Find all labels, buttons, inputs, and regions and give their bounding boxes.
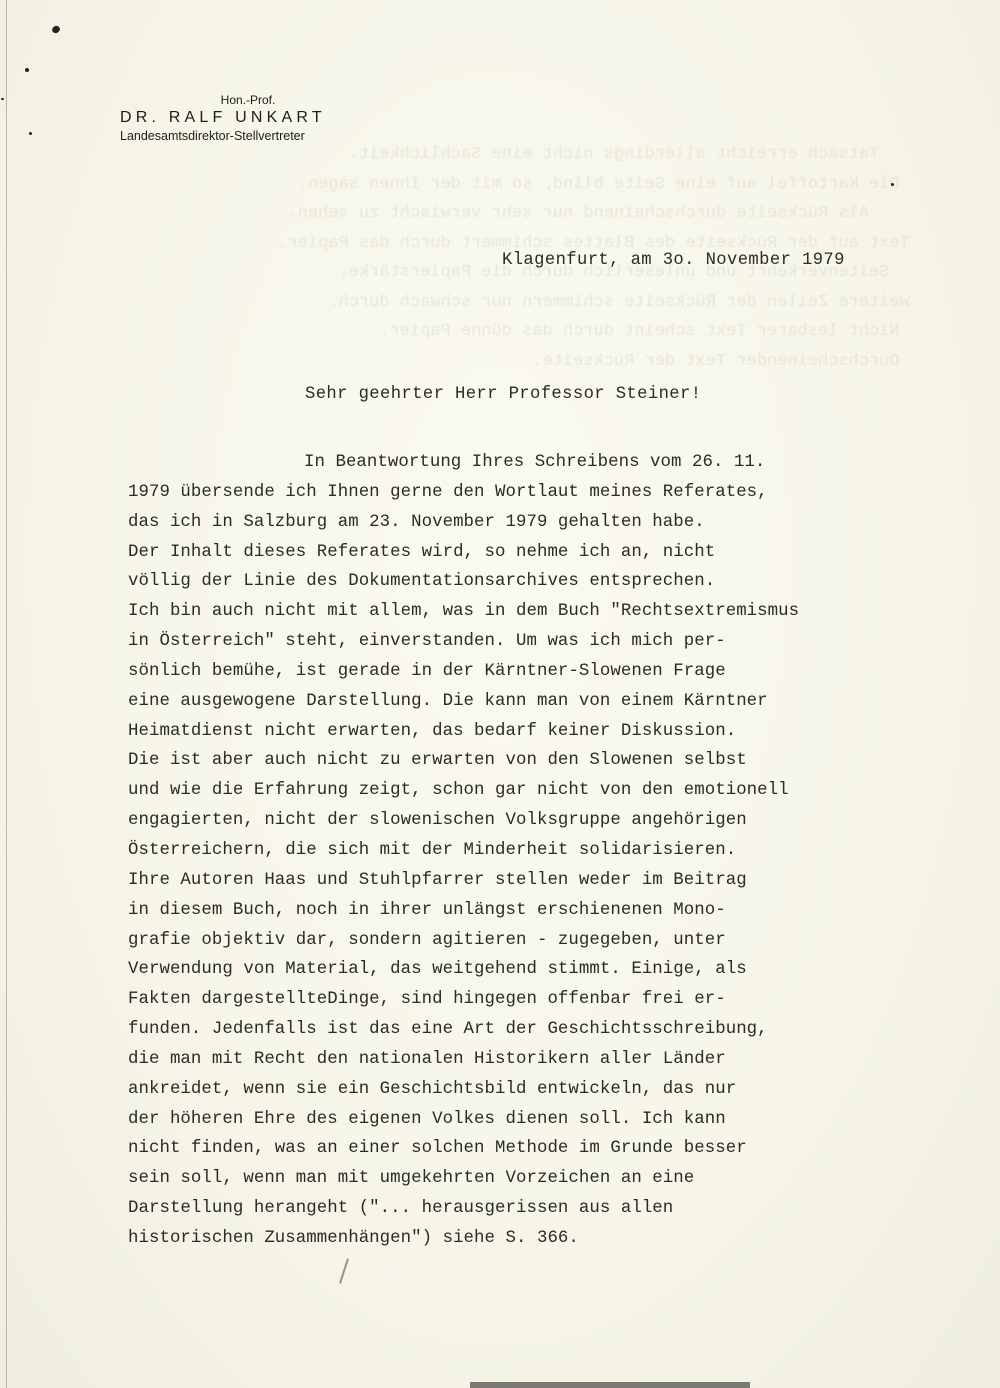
body-line: nicht finden, was an einer solchen Metho… — [128, 1134, 948, 1164]
body-line: Die ist aber auch nicht zu erwarten von … — [128, 746, 948, 776]
body-line: Heimatdienst nicht erwarten, das bedarf … — [128, 717, 948, 747]
body-line: das ich in Salzburg am 23. November 1979… — [128, 508, 948, 538]
scan-shadow — [470, 1382, 750, 1388]
body-line: engagierten, nicht der slowenischen Volk… — [128, 806, 948, 836]
salutation: Sehr geehrter Herr Professor Steiner! — [305, 385, 701, 404]
body-line: die man mit Recht den nationalen Histori… — [128, 1045, 948, 1075]
letterhead: Hon.-Prof. DR. RALF UNKART Landesamtsdir… — [120, 93, 380, 145]
body-line: sein soll, wenn man mit umgekehrten Vorz… — [128, 1164, 948, 1194]
body-line: und wie die Erfahrung zeigt, schon gar n… — [128, 776, 948, 806]
letterhead-name: DR. RALF UNKART — [120, 108, 380, 128]
scan-speck — [1, 98, 4, 100]
body-line: eine ausgewogene Darstellung. Die kann m… — [128, 687, 948, 717]
body-line: Darstellung herangeht ("... herausgeriss… — [128, 1194, 948, 1224]
body-line: völlig der Linie des Dokumentationsarchi… — [128, 567, 948, 597]
letterhead-title-prefix: Hon.-Prof. — [116, 93, 380, 108]
body-line: Ihre Autoren Haas und Stuhlpfarrer stell… — [128, 866, 948, 896]
letter-body: In Beantwortung Ihres Schreibens vom 26.… — [128, 448, 948, 1254]
pen-mark — [339, 1258, 348, 1283]
body-line: Ich bin auch nicht mit allem, was in dem… — [128, 597, 948, 627]
body-line: Der Inhalt dieses Referates wird, so neh… — [128, 538, 948, 568]
body-line: grafie objektiv dar, sondern agitieren -… — [128, 926, 948, 956]
letterhead-role: Landesamtsdirektor-Stellvertreter — [120, 128, 380, 145]
body-line: in Österreich" steht, einverstanden. Um … — [128, 627, 948, 657]
scan-speck — [51, 24, 61, 34]
scan-edge-line — [6, 0, 7, 1388]
place-date: Klagenfurt, am 3o. November 1979 — [502, 251, 845, 270]
body-line: Österreichern, die sich mit der Minderhe… — [128, 836, 948, 866]
scan-speck — [29, 132, 32, 135]
body-line: Fakten dargestellteDinge, sind hingegen … — [128, 985, 948, 1015]
body-line: ankreidet, wenn sie ein Geschichtsbild e… — [128, 1075, 948, 1105]
body-line: historischen Zusammenhängen") siehe S. 3… — [128, 1224, 948, 1254]
body-line: 1979 übersende ich Ihnen gerne den Wortl… — [128, 478, 948, 508]
body-line: sönlich bemühe, ist gerade in der Kärntn… — [128, 657, 948, 687]
letter-page: Tatsäch erreicht allerdings nicht eine S… — [0, 0, 1000, 1388]
body-line: in diesem Buch, noch in ihrer unlängst e… — [128, 896, 948, 926]
body-line: der höheren Ehre des eigenen Volkes dien… — [128, 1105, 948, 1135]
body-line: funden. Jedenfalls ist das eine Art der … — [128, 1015, 948, 1045]
body-line: Verwendung von Material, das weitgehend … — [128, 955, 948, 985]
body-line: In Beantwortung Ihres Schreibens vom 26.… — [128, 448, 948, 478]
scan-speck — [891, 183, 894, 186]
scan-speck — [25, 68, 29, 72]
